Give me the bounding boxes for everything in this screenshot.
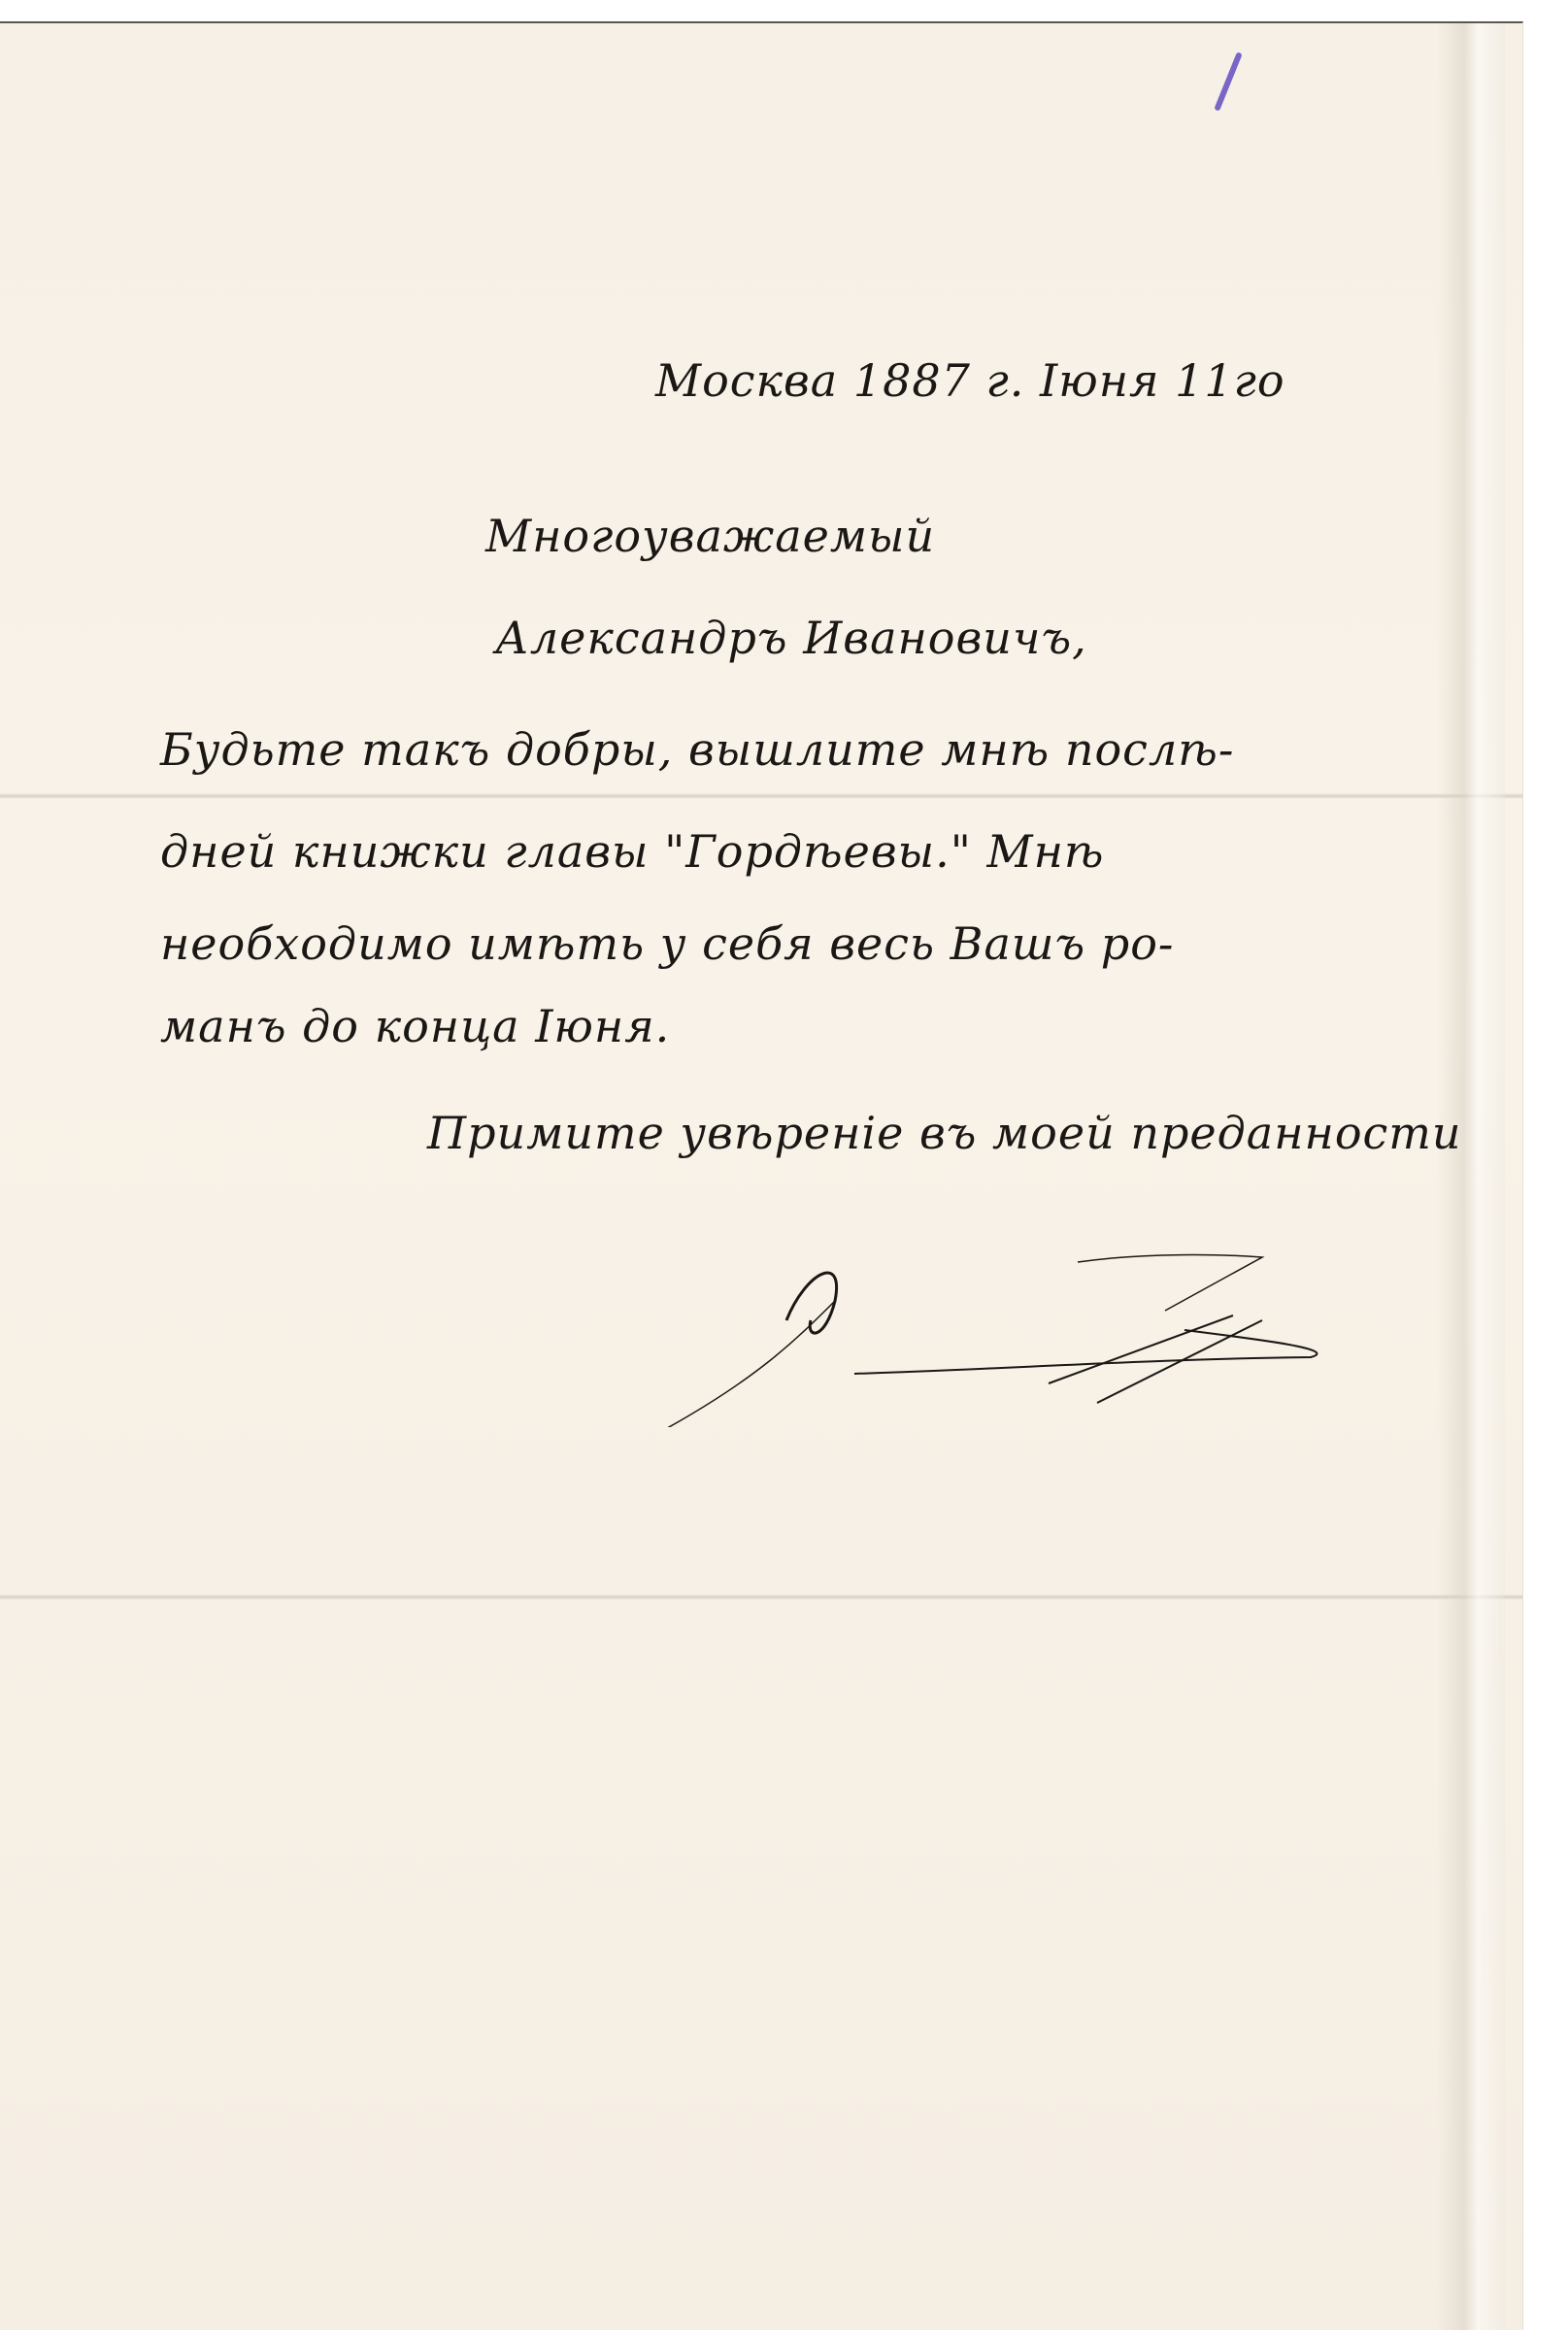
signature-flourish-icon: [641, 1233, 1320, 1427]
fold-line-vertical: [1437, 23, 1505, 2330]
body-line-2: дней книжки главы "Гордѣевы." Мнѣ: [160, 825, 1105, 878]
closing-line: Примите увѣренie въ моей преданности: [427, 1107, 1462, 1159]
body-line-1: Будьте такъ добры, вышлите мнѣ послѣ-: [160, 723, 1234, 776]
salutation-line-2: Александръ Ивановичъ,: [495, 612, 1087, 664]
body-line-4: манъ до конца Iюня.: [160, 1000, 670, 1052]
fold-line-horizontal: [0, 793, 1522, 799]
signature: [641, 1233, 1320, 1427]
body-line-3: необходимо имѣть у себя весь Вашъ ро-: [160, 917, 1174, 970]
place-date: Москва 1887 г. Iюня 11го: [655, 354, 1285, 407]
fold-line-horizontal: [0, 1594, 1522, 1600]
salutation-line-1: Многоуважаемый: [485, 510, 935, 562]
